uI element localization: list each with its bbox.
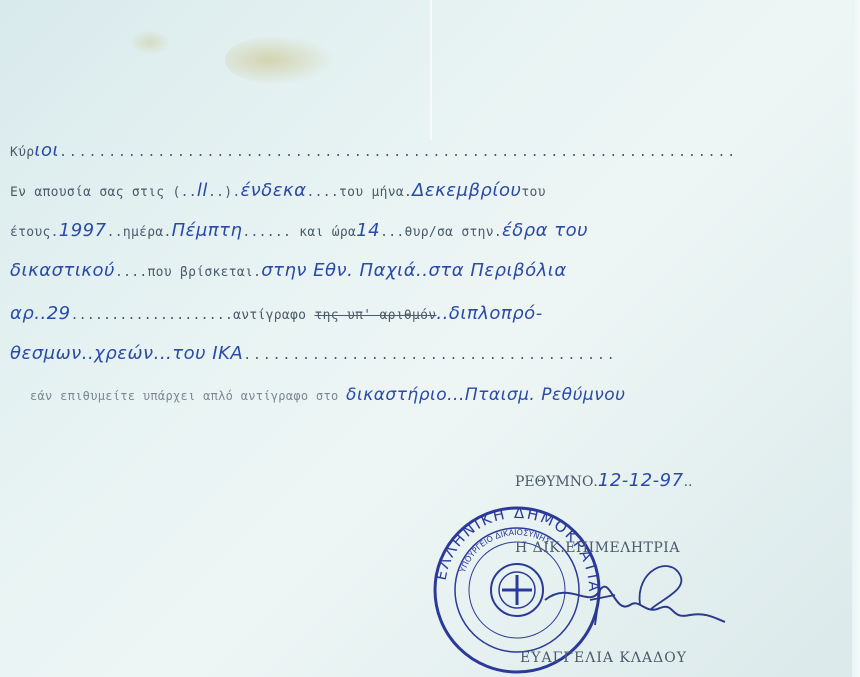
handwritten-day-word: ένδεκα [240,180,306,201]
document-type-continued-line: θεσμων..χρεών...του ΙΚΑ.................… [10,343,617,364]
struck-text: της υπ' αριθμόν [314,308,436,323]
handwritten-address: στην Εθν. Παχιά..στα Περιβόλια [261,260,567,281]
handwritten-location-start: έδρα του [502,220,588,241]
handwritten-weekday: Πέμπτη [172,220,243,241]
handwritten-day-number: ll [197,180,208,201]
document-paper: Κύριοι..................................… [0,0,860,677]
paper-stain [130,30,170,55]
paper-edge [852,0,860,677]
signatory-name: ΕΥΑΓΓΕΛΙΑ ΚΛΑΔΟΥ [520,650,687,666]
place-date: ΡΕΘΥΜΝΟ.12-12-97.. [515,470,692,491]
handwritten-court: δικαστήριο...Πταισμ. Ρεθύμνου [346,385,625,405]
location-line: δικαστικού....που βρίσκεται.στην Εθν. Πα… [10,260,567,281]
absence-date-line: Εν απουσία σας στις (..ll..).ένδεκα....τ… [10,180,546,201]
signatory-title: Η ΔΙΚ.ΕΠΙΜΕΛΗΤΡΙΑ [515,540,680,556]
paper-fold [430,0,432,140]
handwritten-time: 14 [356,220,380,241]
handwritten-year: 1997 [59,220,107,241]
salutation-line: Κύριοι..................................… [10,140,737,161]
copy-location-line: εάν επιθυμείτε υπάρχει απλό αντίγραφο στ… [30,385,625,405]
handwritten-document-type: ..διπλοπρό- [436,303,542,324]
handwritten-address-number: αρ..29 [10,303,71,324]
handwritten-salutation: ιοι [34,140,59,161]
handwritten-date: 12-12-97 [598,470,684,491]
handwritten-month: Δεκεμβρίου [412,180,521,201]
paper-stain [225,35,335,85]
year-weekday-line: έτους.1997..ημέρα.Πέμπτη...... και ώρα14… [10,220,588,241]
handwritten-office: δικαστικού [10,260,115,281]
handwritten-document-type-continued: θεσμων..χρεών...του ΙΚΑ [10,343,243,364]
signature [540,560,730,640]
document-type-line: αρ..29....................αντίγραφο της … [10,303,543,324]
